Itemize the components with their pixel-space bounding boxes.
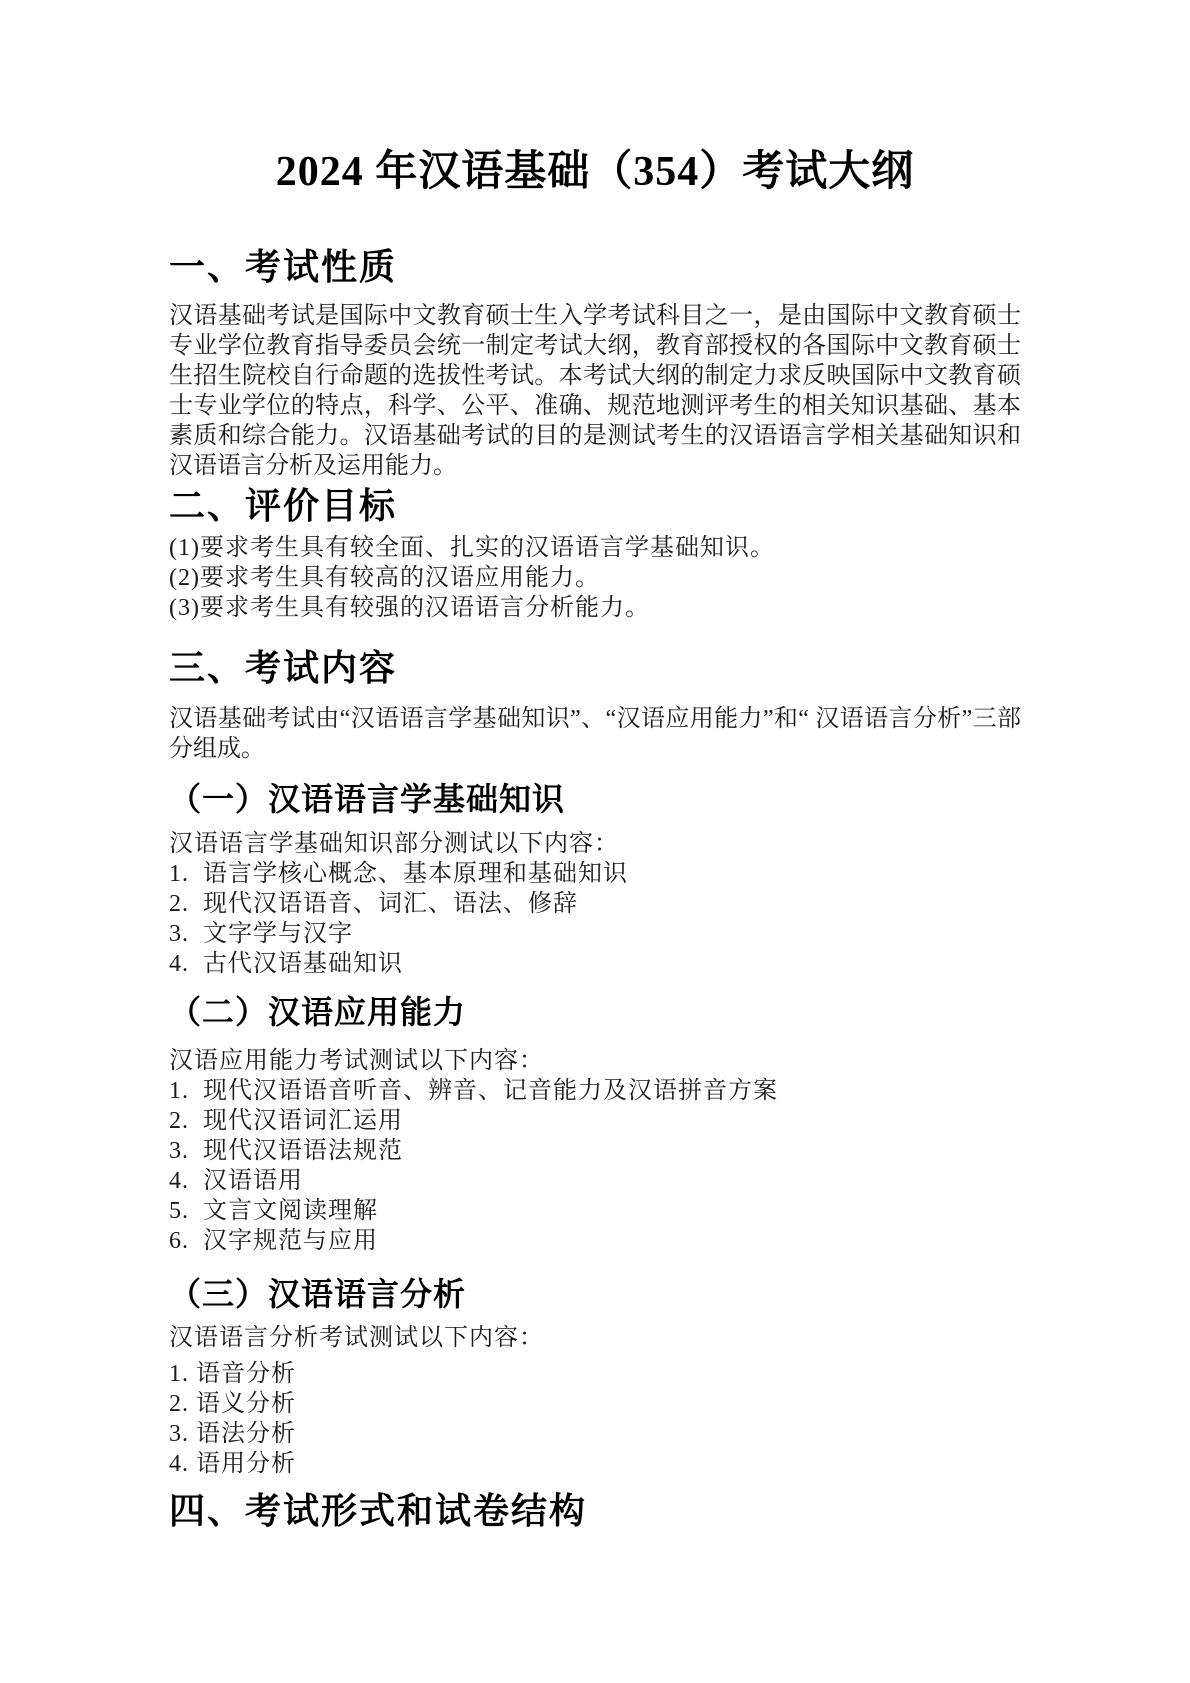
objective-item: (3)要求考生具有较强的汉语语言分析能力。 bbox=[169, 593, 1021, 623]
section-paragraph-exam-content: 汉语基础考试由“汉语语言学基础知识”、“汉语应用能力”和“ 汉语语言分析”三部分… bbox=[169, 704, 1021, 764]
language-analysis-list: 1. 语音分析 2. 语义分析 3. 语法分析 4. 语用分析 bbox=[169, 1359, 1021, 1479]
list-item: 4. 语用分析 bbox=[169, 1449, 1021, 1479]
section-heading-evaluation-goals: 二、评价目标 bbox=[169, 483, 1021, 529]
objective-list: (1)要求考生具有较全面、扎实的汉语语言学基础知识。 (2)要求考生具有较高的汉… bbox=[169, 533, 1021, 623]
list-item: 5. 文言文阅读理解 bbox=[169, 1196, 1021, 1226]
list-item: 2. 现代汉语语音、词汇、语法、修辞 bbox=[169, 889, 1021, 919]
list-item: 1. 语言学核心概念、基本原理和基础知识 bbox=[169, 859, 1021, 889]
document-title: 2024 年汉语基础（354）考试大纲 bbox=[169, 146, 1021, 198]
list-item: 3. 现代汉语语法规范 bbox=[169, 1136, 1021, 1166]
list-item: 1. 语音分析 bbox=[169, 1359, 1021, 1389]
subsection-intro-application-ability: 汉语应用能力考试测试以下内容： bbox=[169, 1046, 1021, 1076]
subsection-intro-language-analysis: 汉语语言分析考试测试以下内容： bbox=[169, 1323, 1021, 1353]
list-item: 2. 现代汉语词汇运用 bbox=[169, 1106, 1021, 1136]
list-item: 4. 汉语语用 bbox=[169, 1166, 1021, 1196]
subsection-heading-application-ability: （二）汉语应用能力 bbox=[169, 991, 1021, 1033]
section-heading-exam-nature: 一、考试性质 bbox=[169, 244, 1021, 290]
list-item: 3. 语法分析 bbox=[169, 1419, 1021, 1449]
section-heading-exam-content: 三、考试内容 bbox=[169, 645, 1021, 691]
list-item: 3. 文字学与汉字 bbox=[169, 919, 1021, 949]
document-page: 2024 年汉语基础（354）考试大纲 一、考试性质 汉语基础考试是国际中文教育… bbox=[0, 0, 1190, 1683]
objective-item: (1)要求考生具有较全面、扎实的汉语语言学基础知识。 bbox=[169, 533, 1021, 563]
list-item: 6. 汉字规范与应用 bbox=[169, 1226, 1021, 1256]
objective-item: (2)要求考生具有较高的汉语应用能力。 bbox=[169, 563, 1021, 593]
section-paragraph-exam-nature: 汉语基础考试是国际中文教育硕士生入学考试科目之一，是由国际中文教育硕士专业学位教… bbox=[169, 301, 1021, 481]
list-item: 1. 现代汉语语音听音、辨音、记音能力及汉语拼音方案 bbox=[169, 1076, 1021, 1106]
section-heading-exam-format: 四、考试形式和试卷结构 bbox=[169, 1488, 1021, 1534]
list-item: 4. 古代汉语基础知识 bbox=[169, 949, 1021, 979]
subsection-intro-linguistic-knowledge: 汉语语言学基础知识部分测试以下内容： bbox=[169, 829, 1021, 859]
subsection-heading-language-analysis: （三）汉语语言分析 bbox=[169, 1273, 1021, 1315]
document-content: 2024 年汉语基础（354）考试大纲 一、考试性质 汉语基础考试是国际中文教育… bbox=[169, 0, 1021, 1534]
subsection-heading-linguistic-knowledge: （一）汉语语言学基础知识 bbox=[169, 778, 1021, 820]
application-ability-list: 1. 现代汉语语音听音、辨音、记音能力及汉语拼音方案 2. 现代汉语词汇运用 3… bbox=[169, 1076, 1021, 1256]
list-item: 2. 语义分析 bbox=[169, 1389, 1021, 1419]
linguistic-knowledge-list: 1. 语言学核心概念、基本原理和基础知识 2. 现代汉语语音、词汇、语法、修辞 … bbox=[169, 859, 1021, 979]
